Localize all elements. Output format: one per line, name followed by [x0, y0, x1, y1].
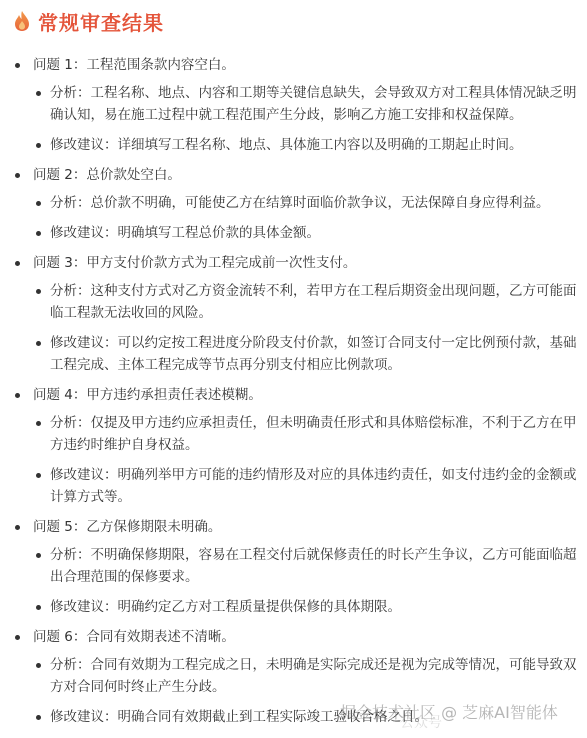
issue-item: 问题 3：甲方支付价款方式为工程完成前一次性支付。 分析：这种支付方式对乙方资金…	[0, 252, 587, 376]
issue-analysis: 分析：合同有效期为工程完成之日，未明确是实际完成还是视为完成等情况，可能导致双方…	[33, 654, 587, 698]
issue-title: 问题 1：工程范围条款内容空白。	[33, 54, 587, 76]
issue-title: 问题 6：合同有效期表述不清晰。	[33, 626, 587, 648]
watermark: 掘金技术社区 @ 芝麻AI智能体	[340, 700, 558, 723]
issue-suggestion: 修改建议：详细填写工程名称、地点、具体施工内容以及明确的工期起止时间。	[33, 134, 587, 156]
issue-analysis: 分析：这种支付方式对乙方资金流转不利，若甲方在工程后期资金出现问题，乙方可能面临…	[33, 280, 587, 324]
issue-analysis: 分析：工程名称、地点、内容和工期等关键信息缺失，会导致双方对工程具体情况缺乏明确…	[33, 82, 587, 126]
issue-title: 问题 4：甲方违约承担责任表述模糊。	[33, 384, 587, 406]
page-title: 常规审查结果	[38, 7, 164, 36]
issue-suggestion: 修改建议：明确填写工程总价款的具体金额。	[33, 222, 587, 244]
issue-list: 问题 1：工程范围条款内容空白。 分析：工程名称、地点、内容和工期等关键信息缺失…	[0, 54, 587, 736]
issue-suggestion: 修改建议：明确约定乙方对工程质量提供保修的具体期限。	[33, 596, 587, 618]
issue-title: 问题 2：总价款处空白。	[33, 164, 587, 186]
issue-item: 问题 2：总价款处空白。 分析：总价款不明确，可能使乙方在结算时面临价款争议，无…	[0, 164, 587, 244]
issue-item: 问题 1：工程范围条款内容空白。 分析：工程名称、地点、内容和工期等关键信息缺失…	[0, 54, 587, 156]
issue-suggestion: 修改建议：可以约定按工程进度分阶段支付价款，如签订合同支付一定比例预付款，基础工…	[33, 332, 587, 376]
issue-item: 问题 4：甲方违约承担责任表述模糊。 分析：仅提及甲方违约应承担责任，但未明确责…	[0, 384, 587, 508]
issue-title: 问题 5：乙方保修期限未明确。	[33, 516, 587, 538]
issue-suggestion: 修改建议：明确列举甲方可能的违约情形及对应的具体违约责任，如支付违约金的金额或计…	[33, 464, 587, 508]
flame-icon	[14, 10, 30, 32]
issue-item: 问题 5：乙方保修期限未明确。 分析：不明确保修期限，容易在工程交付后就保修责任…	[0, 516, 587, 618]
issue-analysis: 分析：仅提及甲方违约应承担责任，但未明确责任形式和具体赔偿标准，不利于乙方在甲方…	[33, 412, 587, 456]
issue-analysis: 分析：不明确保修期限，容易在工程交付后就保修责任的时长产生争议，乙方可能面临超出…	[33, 544, 587, 588]
issue-analysis: 分析：总价款不明确，可能使乙方在结算时面临价款争议，无法保障自身应得利益。	[33, 192, 587, 214]
section-header: 常规审查结果	[14, 6, 164, 36]
issue-title: 问题 3：甲方支付价款方式为工程完成前一次性支付。	[33, 252, 587, 274]
